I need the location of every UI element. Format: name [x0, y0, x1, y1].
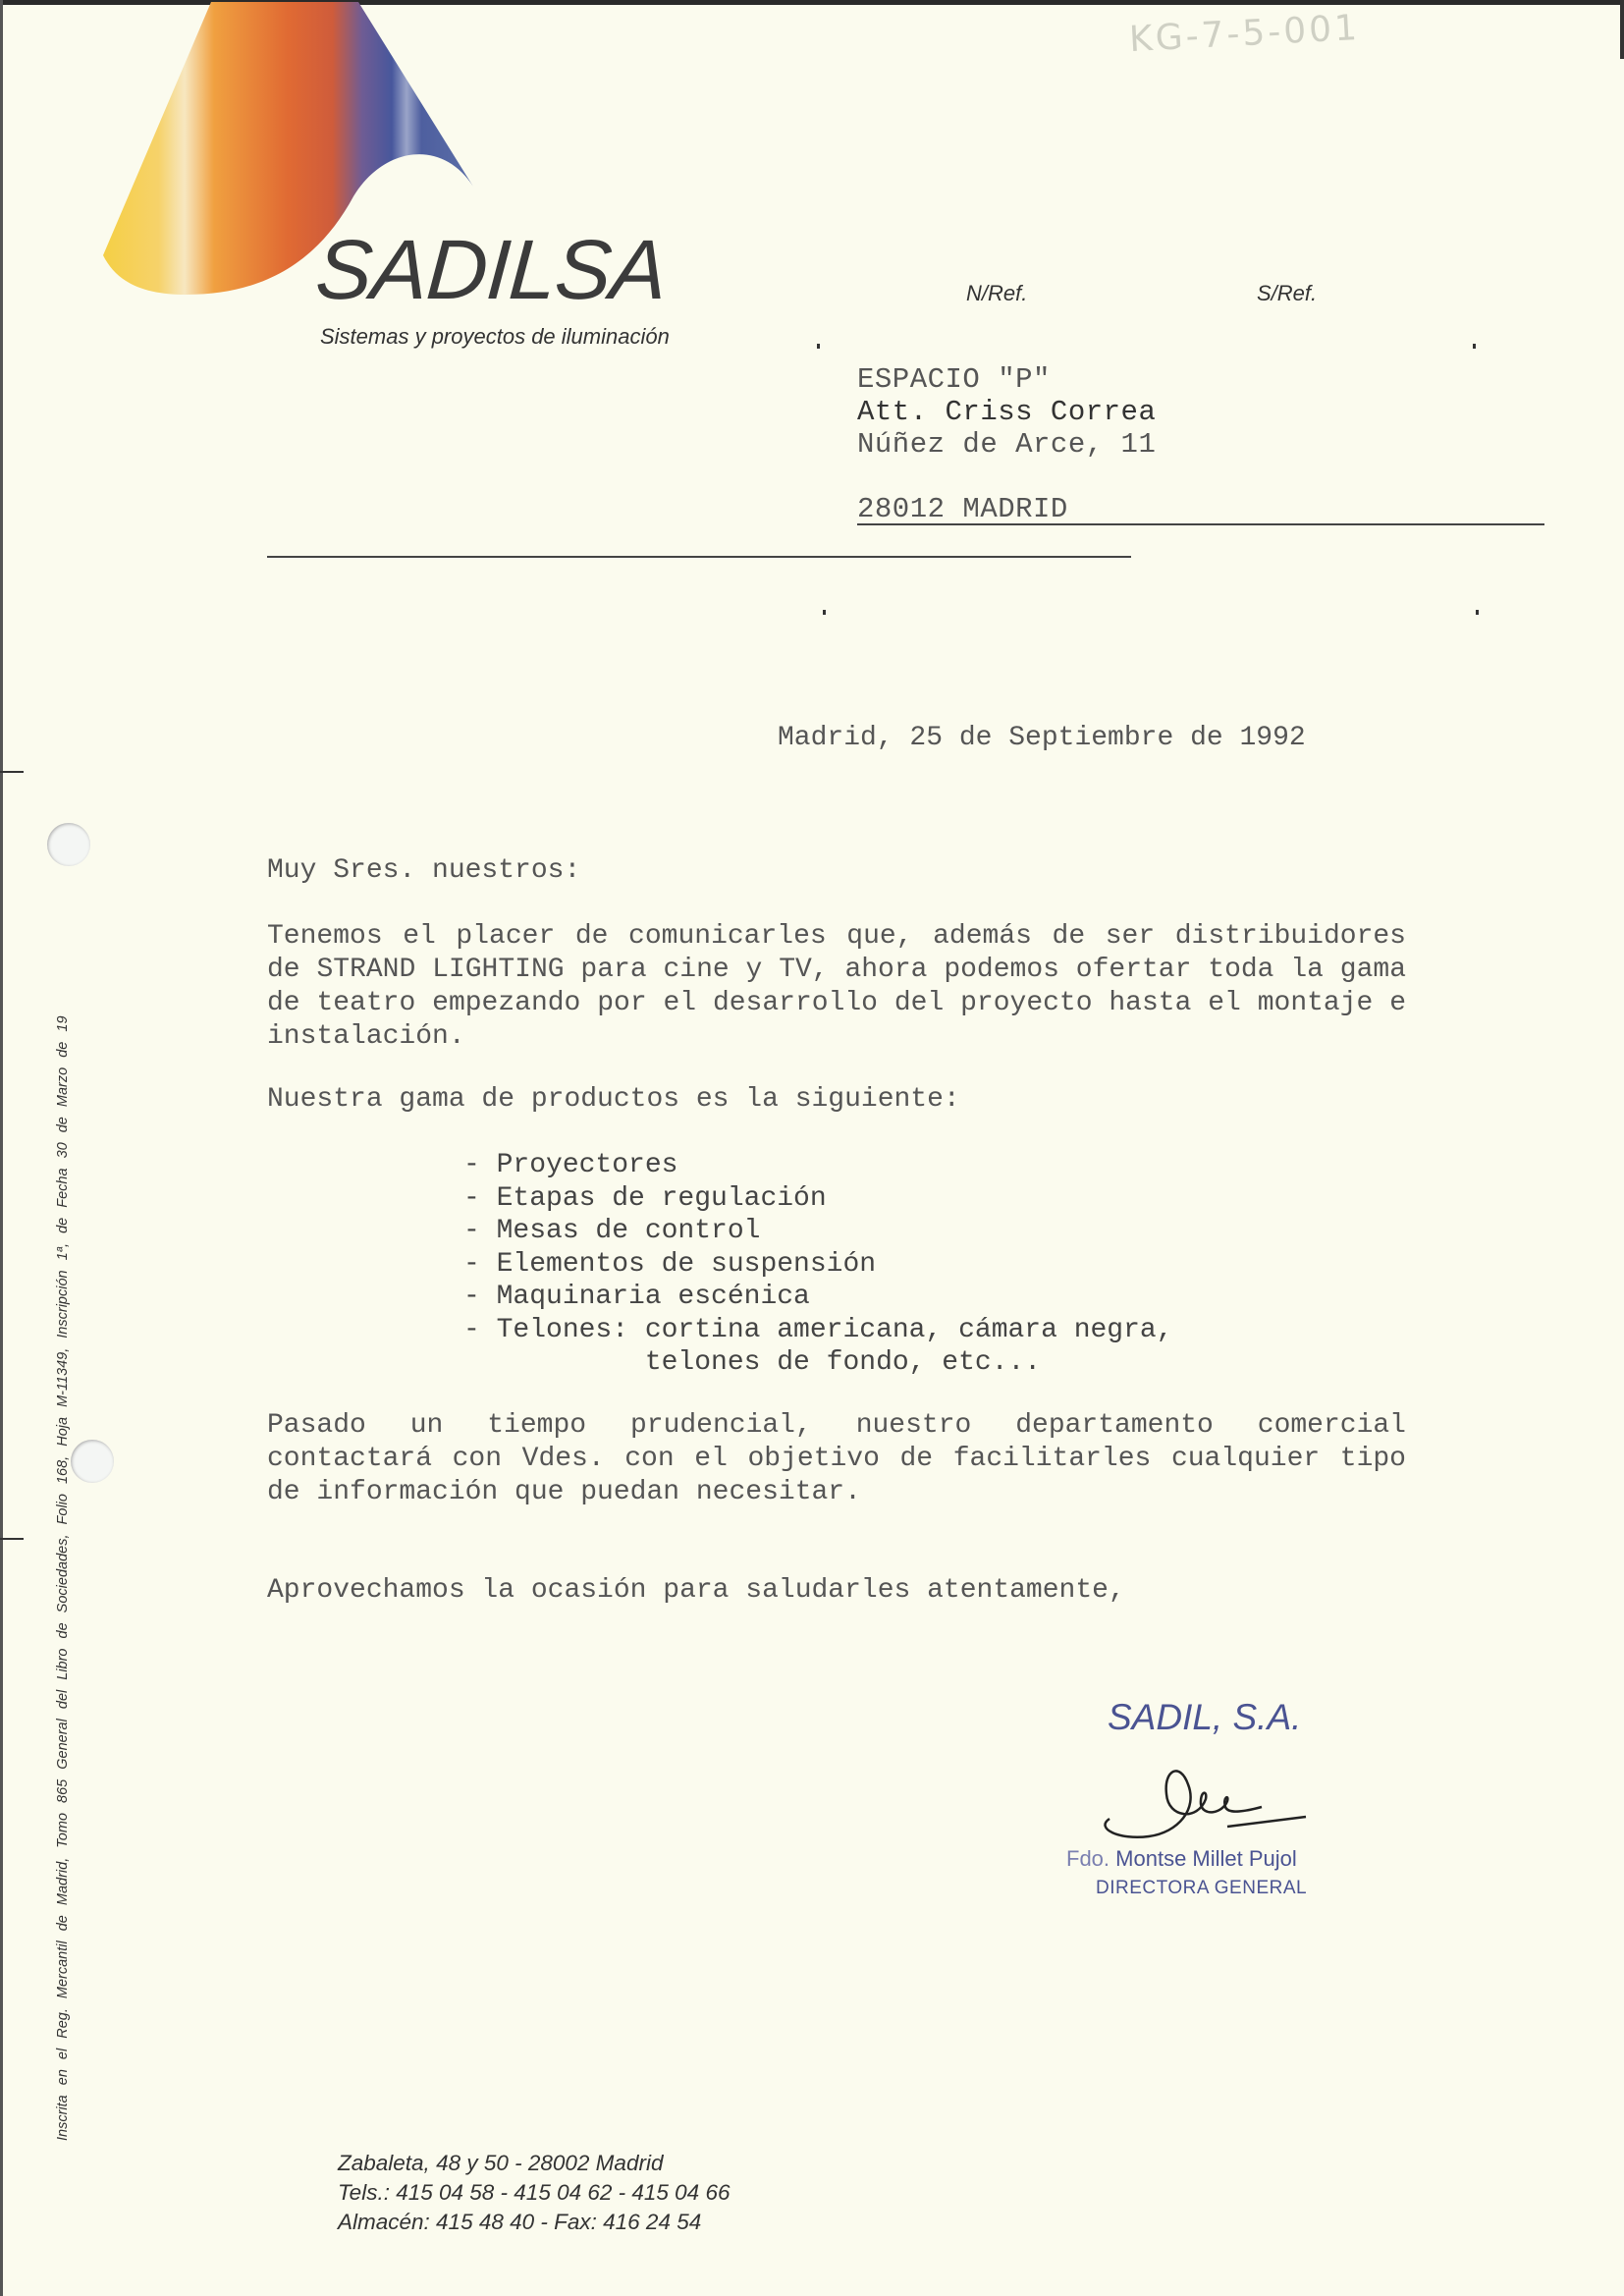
address-window-mark	[1473, 344, 1476, 349]
list-item: - Telones: cortina americana, cámara neg…	[463, 1314, 1173, 1347]
footer-contact: Zabaleta, 48 y 50 - 28002 Madrid Tels.: …	[338, 2149, 730, 2237]
scan-edge-right	[1620, 0, 1624, 59]
punch-hole	[47, 823, 90, 866]
company-stamp: SADIL, S.A.	[1108, 1697, 1301, 1738]
products-intro: Nuestra gama de productos es la siguient…	[267, 1083, 1406, 1117]
address-underline	[857, 523, 1544, 525]
your-ref-label: S/Ref.	[1257, 281, 1317, 306]
footer-phones: Tels.: 415 04 58 - 415 04 62 - 415 04 66	[338, 2178, 730, 2208]
letter-date: Madrid, 25 de Septiembre de 1992	[778, 723, 1306, 753]
punch-hole	[71, 1440, 114, 1483]
footer-address: Zabaleta, 48 y 50 - 28002 Madrid	[338, 2149, 730, 2178]
closing-line: Aprovechamos la ocasión para saludarles …	[267, 1574, 1406, 1608]
our-ref-label: N/Ref.	[966, 281, 1027, 306]
registry-note: Inscrita en el Reg. Mercantil de Madrid,…	[55, 1015, 71, 2141]
list-item: - Mesas de control	[463, 1215, 1173, 1248]
address-window-mark	[823, 610, 826, 615]
scan-edge-left	[0, 0, 3, 2296]
list-item: - Proyectores	[463, 1149, 1173, 1182]
recipient-city: 28012 MADRID	[857, 493, 1068, 525]
address-window-mark	[1476, 610, 1479, 615]
recipient-name: ESPACIO "P"	[857, 363, 1051, 396]
handwritten-archive-code: KG-7-5-001	[1128, 8, 1361, 60]
fold-mark	[0, 1538, 24, 1540]
signed-prefix: Fdo.	[1066, 1846, 1110, 1871]
fold-mark	[0, 771, 24, 773]
signer-line: Fdo. Montse Millet Pujol	[1066, 1846, 1297, 1872]
signer-title: DIRECTORA GENERAL	[1096, 1878, 1307, 1899]
recipient-attention: Att. Criss Correa	[857, 396, 1156, 428]
header-divider	[267, 556, 1131, 558]
follow-up-paragraph: Pasado un tiempo prudencial, nuestro dep…	[267, 1409, 1406, 1509]
intro-paragraph: Tenemos el placer de comunicarles que, a…	[267, 920, 1406, 1054]
signer-name: Montse Millet Pujol	[1115, 1846, 1297, 1871]
brand-name: SADILSA	[313, 222, 670, 319]
brand-tagline: Sistemas y proyectos de iluminación	[320, 324, 670, 350]
handwritten-signature-icon	[1090, 1750, 1326, 1848]
list-item: - Maquinaria escénica	[463, 1281, 1173, 1314]
salutation: Muy Sres. nuestros:	[267, 854, 1406, 888]
product-list: - Proyectores - Etapas de regulación - M…	[463, 1149, 1173, 1380]
recipient-street: Núñez de Arce, 11	[857, 428, 1156, 461]
list-item: - Elementos de suspensión	[463, 1248, 1173, 1282]
list-item: telones de fondo, etc...	[463, 1346, 1173, 1380]
footer-warehouse-fax: Almacén: 415 48 40 - Fax: 416 24 54	[338, 2208, 730, 2237]
address-window-mark	[817, 344, 820, 349]
list-item: - Etapas de regulación	[463, 1182, 1173, 1216]
